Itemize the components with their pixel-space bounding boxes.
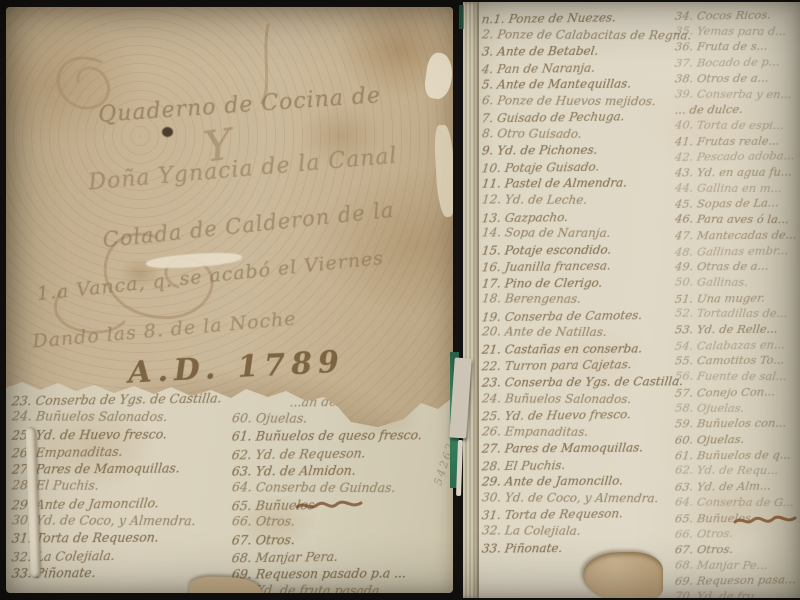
- index-column-1: n.1. Ponze de Nuezes.2. Ponze de Calabac…: [482, 10, 692, 556]
- list-item: 26. Empanaditas.: [481, 423, 693, 441]
- list-item: 55. Camotitos To...: [674, 353, 800, 370]
- list-item: 40. Torta de espi...: [674, 118, 800, 134]
- list-item: 39. Conserba y en...: [674, 86, 800, 102]
- list-item: 11. Pastel de Almendra.: [481, 175, 693, 193]
- list-item: 47. Mantecadas de...: [674, 227, 800, 244]
- list-item: 63. Yd. de Almidon.: [231, 461, 453, 480]
- list-item: 44. Gallina en m...: [674, 180, 800, 196]
- list-item: 56. Fuente de sal...: [674, 369, 800, 385]
- list-item: 68. Manjar Pe...: [674, 557, 800, 573]
- list-item: 31. Torta de Requeson.: [11, 529, 233, 548]
- list-item: 23. Conserba de Ygs. de Castilla.: [481, 373, 693, 391]
- list-item: n.1. Ponze de Nuezes.: [481, 9, 693, 28]
- list-item: ... de dulce.: [674, 101, 800, 119]
- list-item: 16. Juanilla francesa.: [481, 257, 693, 276]
- page-edges-band: [463, 2, 479, 598]
- list-item: 48. Gallinas embr...: [674, 243, 800, 261]
- list-item: 12. Yd. de Leche.: [481, 191, 693, 209]
- list-item: 24. Buñuelos Salonados.: [11, 408, 233, 426]
- list-item: 36. Fruta de s...: [674, 39, 800, 56]
- list-item: 53. Yd. de Relle...: [674, 322, 800, 339]
- right-page: n.1. Ponze de Nuezes.2. Ponze de Calabac…: [463, 2, 800, 598]
- list-item: 42. Pescado adoba...: [674, 148, 800, 166]
- ink-scribble: [295, 499, 365, 515]
- list-item: 35. Yemas para d...: [674, 23, 800, 39]
- front-cover: Quaderno de Cocina de Y Doña Ygnacia de …: [6, 7, 453, 437]
- list-item: 37. Bocado de p...: [674, 54, 800, 72]
- list-item: 61. Buñuelos de queso fresco.: [231, 427, 453, 446]
- index-fragment-column-a: 23. Conserba de Ygs. de Castilla.24. Buñ…: [12, 391, 232, 581]
- list-item: 14. Sopa de Naranja.: [481, 225, 693, 243]
- list-item: 3. Ante de Betabel.: [481, 42, 693, 60]
- list-item: 45. Sopas de La...: [674, 195, 800, 213]
- list-item: 34. Cocos Ricos.: [674, 7, 800, 25]
- list-item: 60. Ojuelas.: [674, 431, 800, 449]
- list-item: 25. Yd. de Huevo fresco.: [11, 425, 233, 444]
- list-item: 67. Otros.: [674, 541, 800, 558]
- list-item: 62. Yd. de Requeson.: [231, 443, 453, 463]
- list-item: 70. Yd. de fruta pasada.: [231, 582, 453, 593]
- index-fragment-column-b: ...an dentro.60. Ojuelas.61. Buñuelos de…: [232, 393, 452, 593]
- left-page: 23. Conserba de Ygs. de Castilla.24. Buñ…: [6, 7, 453, 593]
- list-item: 52. Tortadillas de...: [674, 306, 800, 322]
- list-item: 7. Guisado de Pechuga.: [481, 108, 693, 127]
- list-item: 28. El Puchis.: [11, 477, 233, 495]
- ink-blot: [162, 127, 173, 137]
- list-item: 38. Otros de a...: [674, 70, 800, 87]
- list-item: 29. Ante de Jamoncillo.: [11, 493, 234, 513]
- list-item: 32. La Colejiala.: [11, 545, 234, 565]
- list-item: 2. Ponze de Calabacitas de Regna.: [481, 26, 693, 44]
- index-column-2: 34. Cocos Ricos.35. Yemas para d...36. F…: [675, 8, 800, 598]
- list-item: 9. Yd. de Pichones.: [481, 142, 693, 160]
- list-item: 60. Ojuelas.: [231, 410, 453, 428]
- list-item: 51. Una muger.: [674, 290, 800, 308]
- list-item: 27. Pares de Mamoquillas.: [11, 459, 233, 478]
- list-item: 20. Ante de Natillas.: [481, 324, 693, 342]
- list-item: 41. Frutas reale...: [674, 133, 800, 150]
- ink-scribble: [733, 514, 797, 530]
- list-item: 29. Ante de Jamoncillo.: [481, 473, 693, 491]
- list-item: 32. La Colejiala.: [481, 522, 693, 540]
- list-item: 69. Requeson pasado p.a ...: [231, 564, 453, 583]
- torn-page-corner: [583, 552, 663, 598]
- list-item: 64. Conserba de G...: [674, 494, 800, 510]
- list-item: 63. Yd. de Alm...: [674, 478, 800, 496]
- list-item: 31. Torta de Requeson.: [481, 505, 693, 524]
- list-item: 49. Otras de a...: [674, 259, 800, 276]
- list-item: 46. Para aves ó la...: [674, 212, 800, 228]
- list-item: 43. Yd. en agua fu...: [674, 165, 800, 182]
- list-item: 18. Berengenas.: [481, 291, 693, 309]
- list-item: 8. Otro Guisado.: [481, 125, 693, 143]
- list-item: 25. Yd. de Huevo fresco.: [481, 406, 693, 425]
- list-item: 69. Requeson pasa...: [674, 572, 800, 590]
- list-item: 50. Gallinas.: [674, 275, 800, 291]
- paper-sliver: [456, 440, 463, 496]
- list-item: 61. Buñuelos de q...: [674, 447, 800, 464]
- list-item: 17. Pino de Clerigo.: [481, 274, 693, 292]
- list-item: 27. Pares de Mamoquillas.: [481, 439, 693, 457]
- green-binding-strip: [459, 5, 464, 29]
- list-item: 62. Yd. de Requ...: [674, 463, 800, 479]
- list-item: 66. Otros.: [231, 513, 453, 531]
- list-item: 67. Otros.: [231, 530, 453, 549]
- list-item: 58. Ojuelas.: [674, 400, 800, 416]
- list-item: 33. Piñonate.: [481, 539, 693, 557]
- list-item: 59. Buñuelos con...: [674, 416, 800, 433]
- manuscript-photo: 23. Conserba de Ygs. de Castilla.24. Buñ…: [0, 0, 800, 600]
- list-item: 57. Conejo Con...: [674, 384, 800, 402]
- list-item: 5. Ante de Mantequillas.: [481, 75, 693, 93]
- list-item: 70. Yd. de fru...: [674, 589, 800, 598]
- list-item: 30. Yd. de Coco, y Almendra.: [11, 512, 233, 530]
